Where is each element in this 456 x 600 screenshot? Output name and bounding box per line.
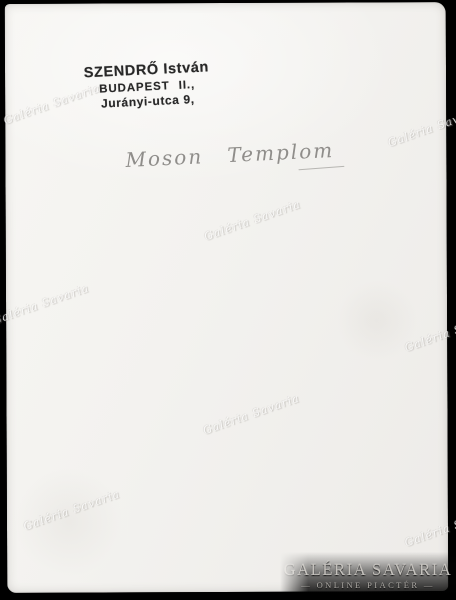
- diagonal-watermark: Galéria Savaria: [386, 104, 456, 150]
- diagonal-watermark: Galéria Savaria: [22, 487, 122, 533]
- studio-stamp: SZENDRŐ István BUDAPEST II., Jurányi-utc…: [74, 59, 220, 112]
- diagonal-watermark: Galéria Savaria: [403, 309, 456, 355]
- watermark-badge: GALÉRIA SAVARIA — ONLINE PIACTÉR —: [280, 552, 456, 600]
- diagonal-watermark: Galéria Savaria: [201, 392, 301, 438]
- pen-flourish-stroke: [298, 166, 344, 170]
- photo-backdrop: SZENDRŐ István BUDAPEST II., Jurányi-utc…: [0, 0, 456, 600]
- watermark-badge-title: GALÉRIA SAVARIA: [280, 562, 456, 579]
- photo-card: SZENDRŐ István BUDAPEST II., Jurányi-utc…: [5, 2, 449, 593]
- diagonal-watermark: Galéria Savaria: [202, 198, 302, 244]
- watermark-badge-subtitle: — ONLINE PIACTÉR —: [280, 581, 456, 590]
- handwritten-caption: Moson Templom: [125, 138, 335, 172]
- diagonal-watermark: Galéria Savaria: [403, 504, 456, 550]
- diagonal-watermark: Galéria Savaria: [0, 281, 91, 327]
